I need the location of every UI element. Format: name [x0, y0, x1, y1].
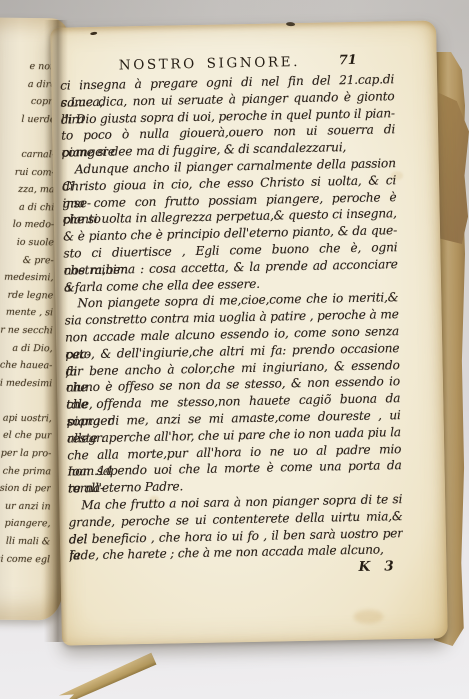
left-page-text-fragment: api uostri,: [0, 409, 52, 427]
left-page-text-fragment: & pre-: [0, 251, 54, 269]
page-header-title: NOSTRO SIGNORE.: [119, 54, 300, 73]
left-page-text-fragment: lo medo-: [0, 216, 54, 234]
left-page-text-fragment: [0, 392, 52, 410]
left-page-text-fragment: l uerde: [0, 110, 56, 128]
left-page-text-fragment: ur anzi in: [0, 497, 51, 515]
left-page-text-fragment: a di Dio,: [0, 339, 53, 357]
left-page-text-fragment: si come egl: [0, 550, 50, 568]
left-page-text-fragment: e non: [0, 58, 56, 76]
left-page-text-fragment: r ne secchi: [0, 321, 53, 339]
ink-speck: [286, 22, 295, 27]
left-page-text-fragment: che hauea-: [0, 357, 53, 375]
left-page-text-fragment: [0, 128, 55, 146]
book-page: NOSTRO SIGNORE. 71 ci insegna à pregare …: [50, 20, 448, 645]
signature-mark: K 3: [358, 558, 394, 575]
left-page-text-fragment: mente , si: [0, 304, 53, 322]
left-page-text-fragment: copri: [0, 93, 56, 111]
left-page-text-fragment: che prima: [0, 462, 51, 480]
page-number: 71: [339, 53, 357, 68]
ink-speck: [90, 31, 97, 35]
left-page-text-fragment: a dire: [0, 75, 56, 93]
left-page-text-fragment: carnal-: [0, 145, 55, 163]
left-page-text-fragment: a di chi: [0, 198, 54, 216]
left-page-text-fragment: medesimi,: [0, 269, 54, 287]
left-page-text-fragment: zza, ma: [0, 181, 55, 199]
left-page-text-fragment: i medesimi: [0, 374, 52, 392]
left-page-text-fragment: piangere,: [0, 515, 51, 533]
text-lines: ci insegna à pregare ogni di nel fin del…: [60, 71, 403, 564]
left-page-text-fragment: per la pro-: [0, 445, 51, 463]
paper-stain: [353, 609, 383, 624]
left-page-text-fragment: rui com-: [0, 163, 55, 181]
left-page-text-fragment: lli mali &: [0, 533, 50, 551]
book-photo: e nona direcopril uerdecarnal-rui com-zz…: [0, 0, 469, 699]
left-page-text-fragment: ssion di per: [0, 480, 51, 498]
left-page-text-fragment: io suole: [0, 233, 54, 251]
left-page-text-fragments: e nona direcopril uerdecarnal-rui com-zz…: [0, 58, 56, 569]
left-page-text-fragment: rde legne: [0, 286, 53, 304]
left-page-text-fragment: el che pur: [0, 427, 52, 445]
